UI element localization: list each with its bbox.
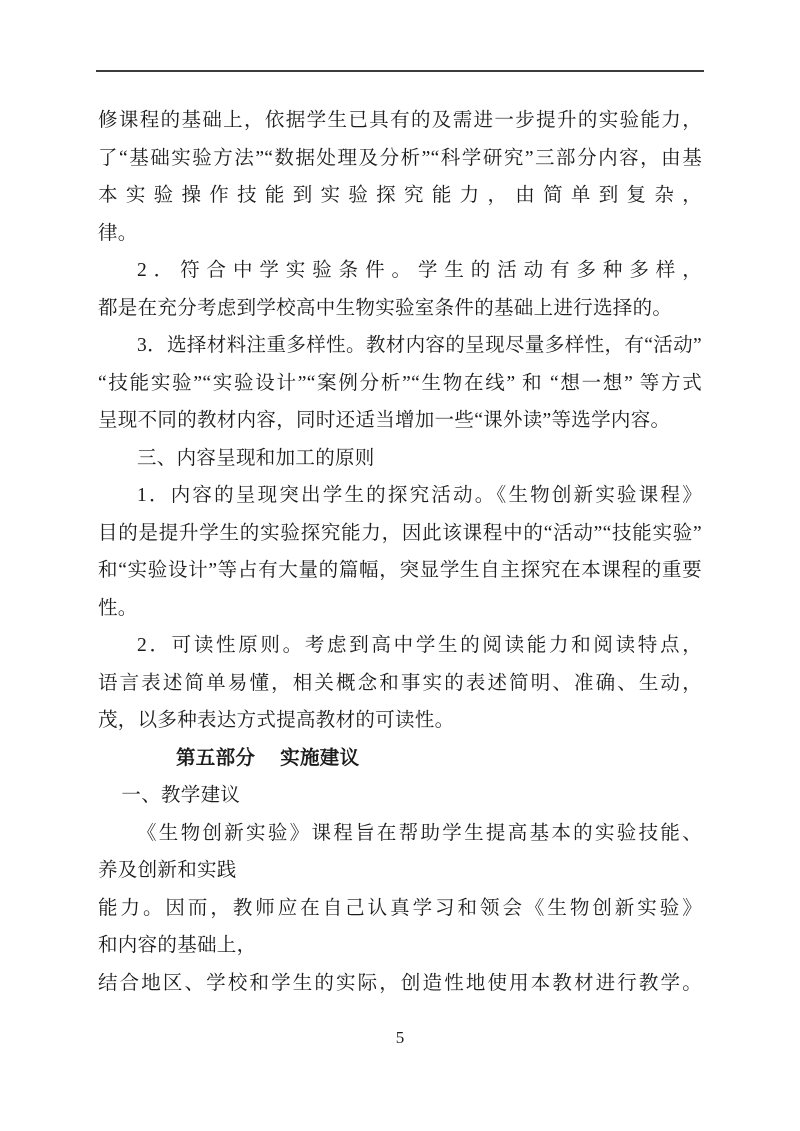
body-line: 都是在充分考虑到学校高中生物实验室条件的基础上进行选择的。 [98,290,702,328]
part-heading: 第五部分 实施建议 [98,740,702,778]
section-heading: 三、内容呈现和加工的原则 [98,440,702,478]
body-line: 2．符合中学实验条件。学生的活动有多种多样，每一种活动的选择 [98,252,702,290]
section-heading: 一、教学建议 [98,777,702,815]
page-footer: 5 [0,1026,800,1050]
header-rule-divider [96,70,704,72]
body-line: 1．内容的呈现突出学生的探究活动。《生物创新实验课程》的主要 [98,477,702,515]
body-line: 和内容的基础上， [98,927,702,965]
body-line: 2．可读性原则。考虑到高中学生的阅读能力和阅读特点，教材文本 [98,627,702,665]
body-line: 律。 [98,215,702,253]
body-line: 和“实验设计”等占有大量的篇幅，突显学生自主探究在本课程的重要 [98,552,702,590]
document-page: 修课程的基础上，依据学生已具有的及需进一步提升的实验能力，选择了“基础实验方法”… [0,0,800,1131]
body-line: 能力。因而，教师应在自己认真学习和领会《生物创新实验》课程目标 [98,890,702,928]
body-line: 茂，以多种表达方式提高教材的可读性。 [98,702,702,740]
body-line: 《生物创新实验》课程旨在帮助学生提高基本的实验技能、科学素 [98,815,702,853]
body-line: 3．选择材料注重多样性。教材内容的呈现尽量多样性，有“活动” [98,327,702,365]
body-line: 呈现不同的教材内容，同时还适当增加一些“课外读”等选学内容。 [98,402,702,440]
body-line: “技能实验”“实验设计”“案例分析”“生物在线” 和 “想一想” 等方式 [98,365,702,403]
body-line: 养及创新和实践 [98,852,702,890]
body-line: 了“基础实验方法”“数据处理及分析”“科学研究”三部分内容，由基 [98,140,702,178]
body-line: 性。 [98,590,702,628]
body-line: 结合地区、学校和学生的实际，创造性地使用本教材进行教学。为此提 [98,965,702,1003]
body-line: 本实验操作技能到实验探究能力，由简单到复杂，符合学生认知发展规 [98,177,702,215]
page-number: 5 [396,1028,405,1047]
document-body: 修课程的基础上，依据学生已具有的及需进一步提升的实验能力，选择了“基础实验方法”… [98,102,702,1002]
body-line: 语言表述简单易懂，相关概念和事实的表述简明、准确、生动，图文并 [98,665,702,703]
body-line: 目的是提升学生的实验探究能力，因此该课程中的“活动”“技能实验” [98,515,702,553]
body-line: 修课程的基础上，依据学生已具有的及需进一步提升的实验能力，选择 [98,102,702,140]
